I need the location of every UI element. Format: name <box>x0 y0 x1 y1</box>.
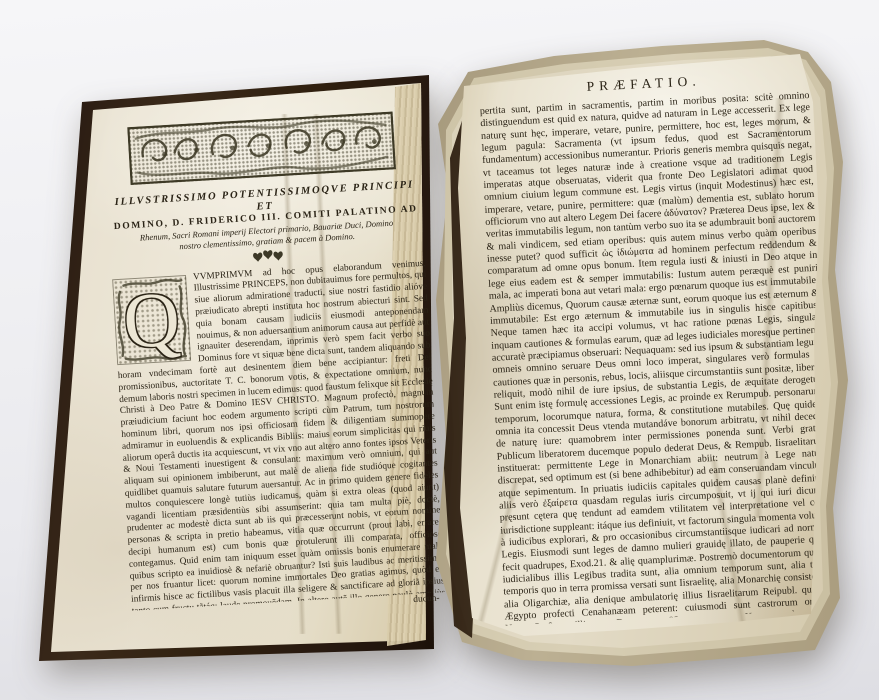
right-book: PRÆFATIO. pertita sunt, partim in sacram… <box>434 38 854 672</box>
right-page-content: PRÆFATIO. pertita sunt, partim in sacram… <box>478 66 835 641</box>
right-body-text: pertita sunt, partim in sacramentis, par… <box>480 90 835 625</box>
left-book: ILLVSTRISSIMO POTENTISSIMOQVE PRINCIPI E… <box>38 74 440 668</box>
ornate-initial-Q: Q <box>112 275 191 365</box>
left-book-shadow: ILLVSTRISSIMO POTENTISSIMOQVE PRINCIPI E… <box>38 74 440 668</box>
left-page-content: ILLVSTRISSIMO POTENTISSIMOQVE PRINCIPI E… <box>103 100 449 666</box>
woodcut-headpiece-ornament <box>127 111 396 185</box>
photo-background: ILLVSTRISSIMO POTENTISSIMOQVE PRINCIPI E… <box>0 0 879 700</box>
right-book-shadow: PRÆFATIO. pertita sunt, partim in sacram… <box>434 38 854 672</box>
left-body-block: Q VVMPRIMVM ad hoc opus elaborandum veni… <box>112 258 445 610</box>
right-page: PRÆFATIO. pertita sunt, partim in sacram… <box>434 38 854 672</box>
fleuron-ornament <box>251 249 286 264</box>
